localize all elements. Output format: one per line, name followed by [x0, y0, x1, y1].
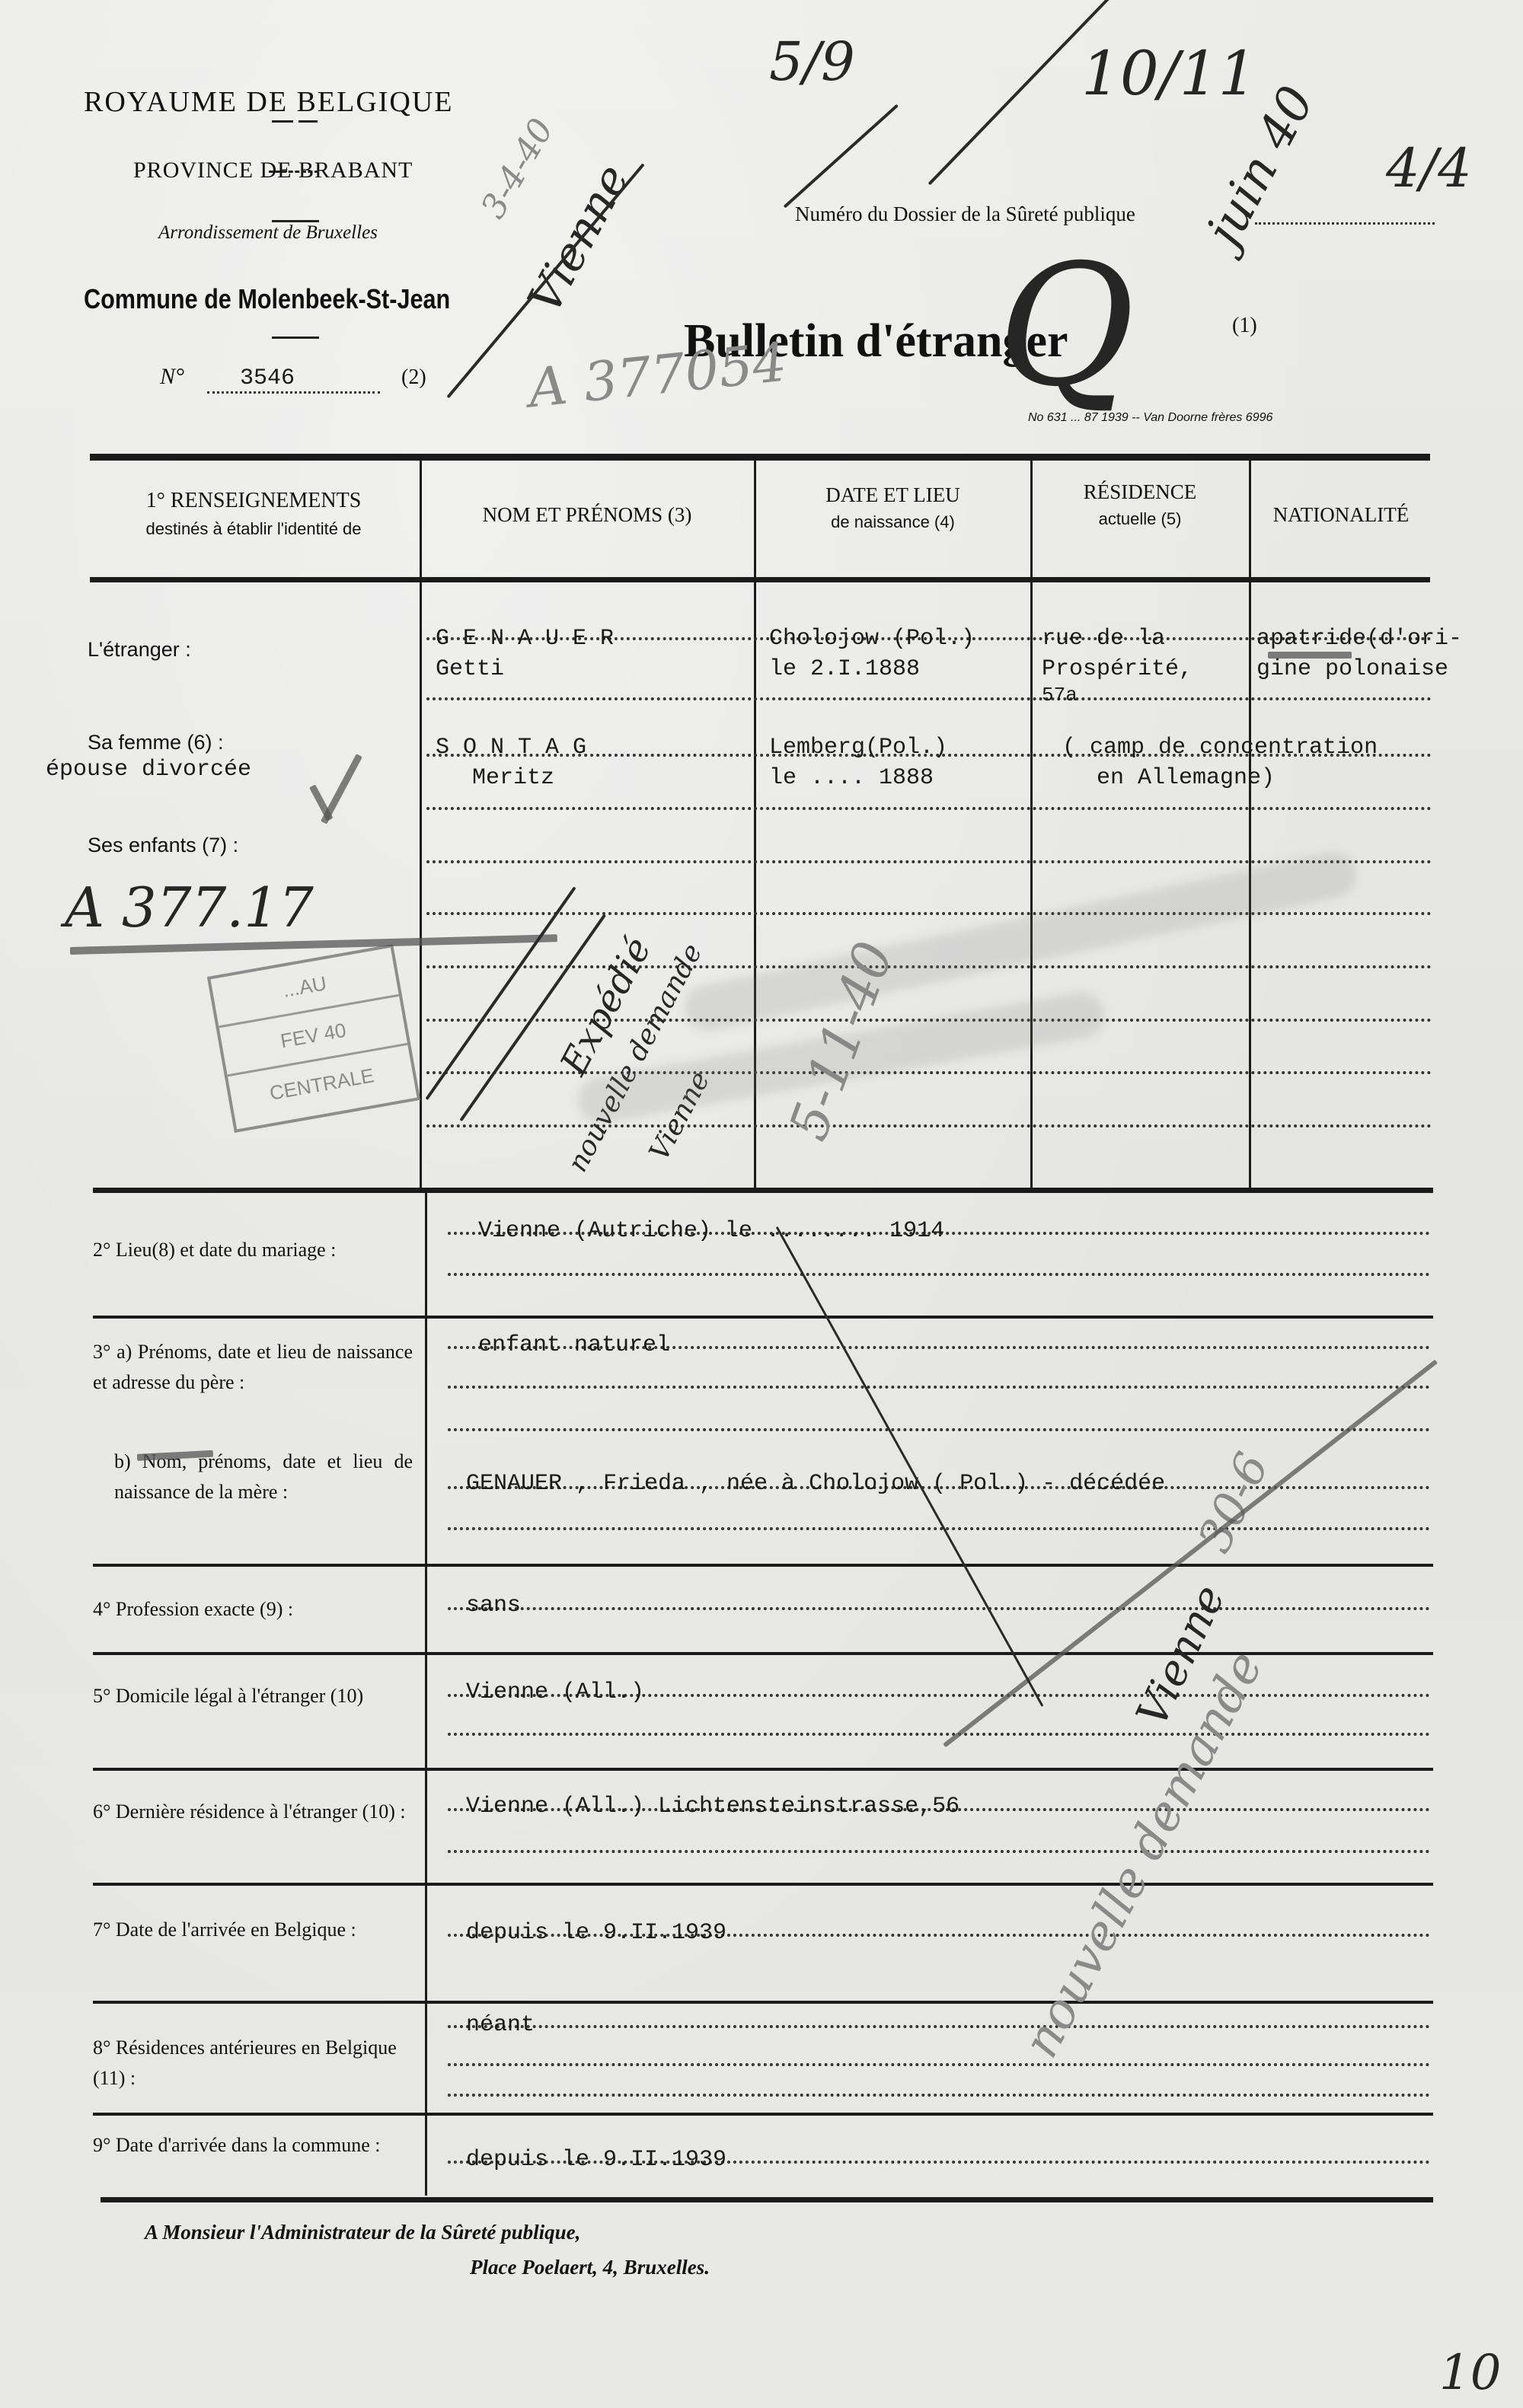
underline-stroke	[1268, 652, 1352, 659]
annotation-crossed-reference: A 377.17	[65, 875, 314, 939]
number-footnote: (2)	[401, 365, 426, 390]
identity-section-heading: 1° RENSEIGNEMENTS destinés à établir l'i…	[90, 487, 417, 540]
kingdom-heading: ROYAUME DE BELGIQUE	[84, 85, 454, 119]
value-profession: sans	[466, 1593, 521, 1619]
foreigner-residence-1: rue de la	[1042, 626, 1165, 652]
annotation-large-letter: Q	[998, 228, 1135, 423]
value-mother: GENAUER , Frieda , née à Cholojow ( Pol.…	[466, 1471, 1165, 1497]
annotation-fraction-top: 5/9	[769, 30, 855, 93]
label-profession: 4° Profession exacte (9) :	[93, 1594, 413, 1625]
title-footnote: (1)	[1232, 314, 1257, 338]
wife-birth-place: Lemberg(Pol.)	[769, 735, 947, 761]
foreigner-given-name: Getti	[436, 656, 504, 682]
document-page: ROYAUME DE BELGIQUE PROVINCE DE BRABANT …	[0, 0, 1523, 2408]
foreigner-birth-date: le 2.I.1888	[769, 656, 920, 682]
value-last-residence: Vienne (All.) Lichtensteinstrasse,56	[466, 1794, 959, 1820]
value-arrival-commune: depuis le 9.II.1939	[466, 2147, 726, 2173]
addressee-line: A Monsieur l'Administrateur de la Sûreté…	[145, 2221, 580, 2244]
column-header-name: NOM ET PRÉNOMS (3)	[423, 502, 752, 528]
foreigner-surname: G E N A U E R	[436, 626, 614, 652]
label-legal-domicile: 5° Domicile légal à l'étranger (10)	[93, 1681, 413, 1711]
x-mark-stroke	[321, 754, 362, 824]
commune-heading: Commune de Molenbeek-St-Jean	[84, 283, 450, 315]
annotation-file-number: A 377054	[525, 330, 790, 419]
value-father: enfant naturel	[478, 1332, 670, 1358]
column-header-nationality: NATIONALITÉ	[1253, 502, 1429, 528]
foreigner-birth-place: Cholojow (Pol.)	[769, 626, 975, 652]
foreigner-nationality-2: gine polonaise	[1256, 656, 1448, 682]
wife-status-note: épouse divorcée	[46, 757, 251, 783]
value-marriage: Vienne (Autriche) le ........ 1914	[478, 1218, 944, 1244]
wife-surname: S O N T A G	[436, 735, 586, 761]
foreigner-nationality-1: apatride(d'ori-	[1256, 626, 1462, 652]
foreigner-residence-2: Prospérité,	[1042, 656, 1193, 682]
wife-residence-2: en Allemagne)	[1097, 765, 1275, 791]
received-stamp: ...AU FEV 40 CENTRALE	[207, 944, 420, 1133]
arrondissement-heading: Arrondissement de Bruxelles	[158, 222, 378, 244]
number-label: N°	[160, 364, 184, 390]
label-marriage: 2° Lieu(8) et date du mariage :	[93, 1235, 413, 1265]
label-arrival-belgium: 7° Date de l'arrivée en Belgique :	[93, 1915, 420, 1945]
bulletin-number: 3546	[240, 365, 295, 391]
column-header-birth: DATE ET LIEU de naissance (4)	[758, 483, 1028, 534]
dossier-number-label: Numéro du Dossier de la Sûreté publique	[795, 203, 1135, 226]
row-label-children: Ses enfants (7) :	[88, 830, 238, 862]
row-label-foreigner: L'étranger :	[88, 634, 191, 666]
column-header-residence: RÉSIDENCE actuelle (5)	[1033, 480, 1247, 531]
pencil-stroke	[784, 104, 899, 209]
annotation-small-top-right: 4/4	[1386, 137, 1472, 199]
value-legal-domicile: Vienne (All.)	[466, 1679, 644, 1705]
row-label-wife: Sa femme (6) :	[88, 727, 224, 759]
label-previous-residences: 8° Résidences antérieures en Belgique (1…	[93, 2033, 413, 2094]
wife-residence-1: ( camp de concentration	[1062, 735, 1378, 761]
label-father: 3° a) Prénoms, date et lieu de naissance…	[93, 1337, 413, 1399]
value-previous-residences: néant	[466, 2012, 535, 2038]
label-arrival-commune: 9° Date d'arrivée dans la commune :	[93, 2130, 413, 2161]
value-arrival-belgium: depuis le 9.II.1939	[466, 1920, 726, 1946]
label-last-residence: 6° Dernière résidence à l'étranger (10) …	[93, 1797, 413, 1827]
annotation-date-top-left: 3-4-40	[474, 112, 561, 225]
wife-given-name: Meritz	[472, 765, 554, 791]
foreigner-residence-3: 57a	[1042, 684, 1078, 706]
cancel-line	[425, 886, 576, 1100]
annotation-fraction-top-right: 10/11	[1081, 38, 1257, 109]
arrow-stroke	[776, 1226, 1044, 1707]
wife-birth-date: le .... 1888	[769, 765, 934, 791]
page-number: 10	[1439, 2345, 1501, 2401]
address-line: Place Poelaert, 4, Bruxelles.	[470, 2256, 710, 2279]
